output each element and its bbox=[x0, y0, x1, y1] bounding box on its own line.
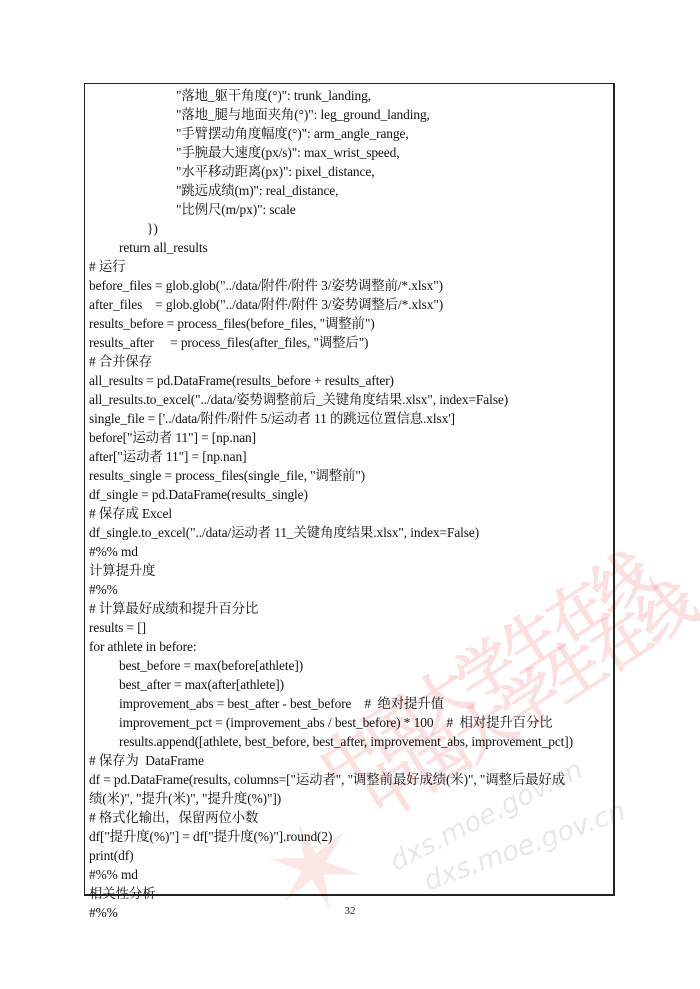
document-page: ✶ 中国大学生在线 中国大学生在线 dxs.moe.gov.cn dxs.moe… bbox=[0, 0, 700, 989]
code-line: before["运动者 11"] = [np.nan] bbox=[85, 428, 613, 447]
code-line: improvement_abs = best_after - best_befo… bbox=[85, 694, 613, 713]
code-comment: # 合并保存 bbox=[85, 352, 613, 371]
code-line: best_before = max(before[athlete]) bbox=[85, 656, 613, 675]
code-line: all_results.to_excel("../data/姿势调整前后_关键角… bbox=[85, 390, 613, 409]
code-line: results_before = process_files(before_fi… bbox=[85, 314, 613, 333]
code-lines: "落地_躯干角度(°)": trunk_landing, "落地_腿与地面夹角(… bbox=[85, 86, 613, 922]
code-comment: # 运行 bbox=[85, 257, 613, 276]
code-line: results_single = process_files(single_fi… bbox=[85, 466, 613, 485]
code-line: "手臂摆动角度幅度(°)": arm_angle_range, bbox=[85, 124, 613, 143]
code-line: "落地_腿与地面夹角(°)": leg_ground_landing, bbox=[85, 105, 613, 124]
code-line: "手腕最大速度(px/s)": max_wrist_speed, bbox=[85, 143, 613, 162]
code-line: "跳远成绩(m)": real_distance, bbox=[85, 181, 613, 200]
code-line: improvement_pct = (improvement_abs / bes… bbox=[85, 713, 613, 732]
code-line: after["运动者 11"] = [np.nan] bbox=[85, 447, 613, 466]
markdown-text: 计算提升度 bbox=[85, 561, 613, 580]
code-line: df_single = pd.DataFrame(results_single) bbox=[85, 485, 613, 504]
code-comment: # 保存成 Excel bbox=[85, 504, 613, 523]
code-line: print(df) bbox=[85, 846, 613, 865]
code-line: "水平移动距离(px)": pixel_distance, bbox=[85, 162, 613, 181]
code-line: df["提升度(%)"] = df["提升度(%)"].round(2) bbox=[85, 827, 613, 846]
code-line: "落地_躯干角度(°)": trunk_landing, bbox=[85, 86, 613, 105]
code-line: return all_results bbox=[85, 238, 613, 257]
page-number: 32 bbox=[0, 905, 700, 917]
code-line: after_files = glob.glob("../data/附件/附件 3… bbox=[85, 295, 613, 314]
cell-marker: #%% md bbox=[85, 865, 613, 884]
code-line: df_single.to_excel("../data/运动者 11_关键角度结… bbox=[85, 523, 613, 542]
code-line: "比例尺(m/px)": scale bbox=[85, 200, 613, 219]
code-line: 绩(米)", "提升(米)", "提升度(%)"]) bbox=[85, 789, 613, 808]
cell-marker: #%% bbox=[85, 580, 613, 599]
code-line: }) bbox=[85, 219, 613, 238]
code-comment: # 格式化输出，保留两位小数 bbox=[85, 808, 613, 827]
markdown-text: 相关性分析 bbox=[85, 884, 613, 903]
code-line: results = [] bbox=[85, 618, 613, 637]
code-comment: # 保存为 DataFrame bbox=[85, 751, 613, 770]
code-line: for athlete in before: bbox=[85, 637, 613, 656]
code-line: all_results = pd.DataFrame(results_befor… bbox=[85, 371, 613, 390]
code-line: df = pd.DataFrame(results, columns=["运动者… bbox=[85, 770, 613, 789]
code-line: before_files = glob.glob("../data/附件/附件 … bbox=[85, 276, 613, 295]
cell-marker: #%% md bbox=[85, 542, 613, 561]
code-line: results_after = process_files(after_file… bbox=[85, 333, 613, 352]
code-line: results.append([athlete, best_before, be… bbox=[85, 732, 613, 751]
code-comment: # 计算最好成绩和提升百分比 bbox=[85, 599, 613, 618]
code-listing-box: "落地_躯干角度(°)": trunk_landing, "落地_腿与地面夹角(… bbox=[84, 83, 615, 896]
code-line: best_after = max(after[athlete]) bbox=[85, 675, 613, 694]
code-line: single_file = ['../data/附件/附件 5/运动者 11 的… bbox=[85, 409, 613, 428]
